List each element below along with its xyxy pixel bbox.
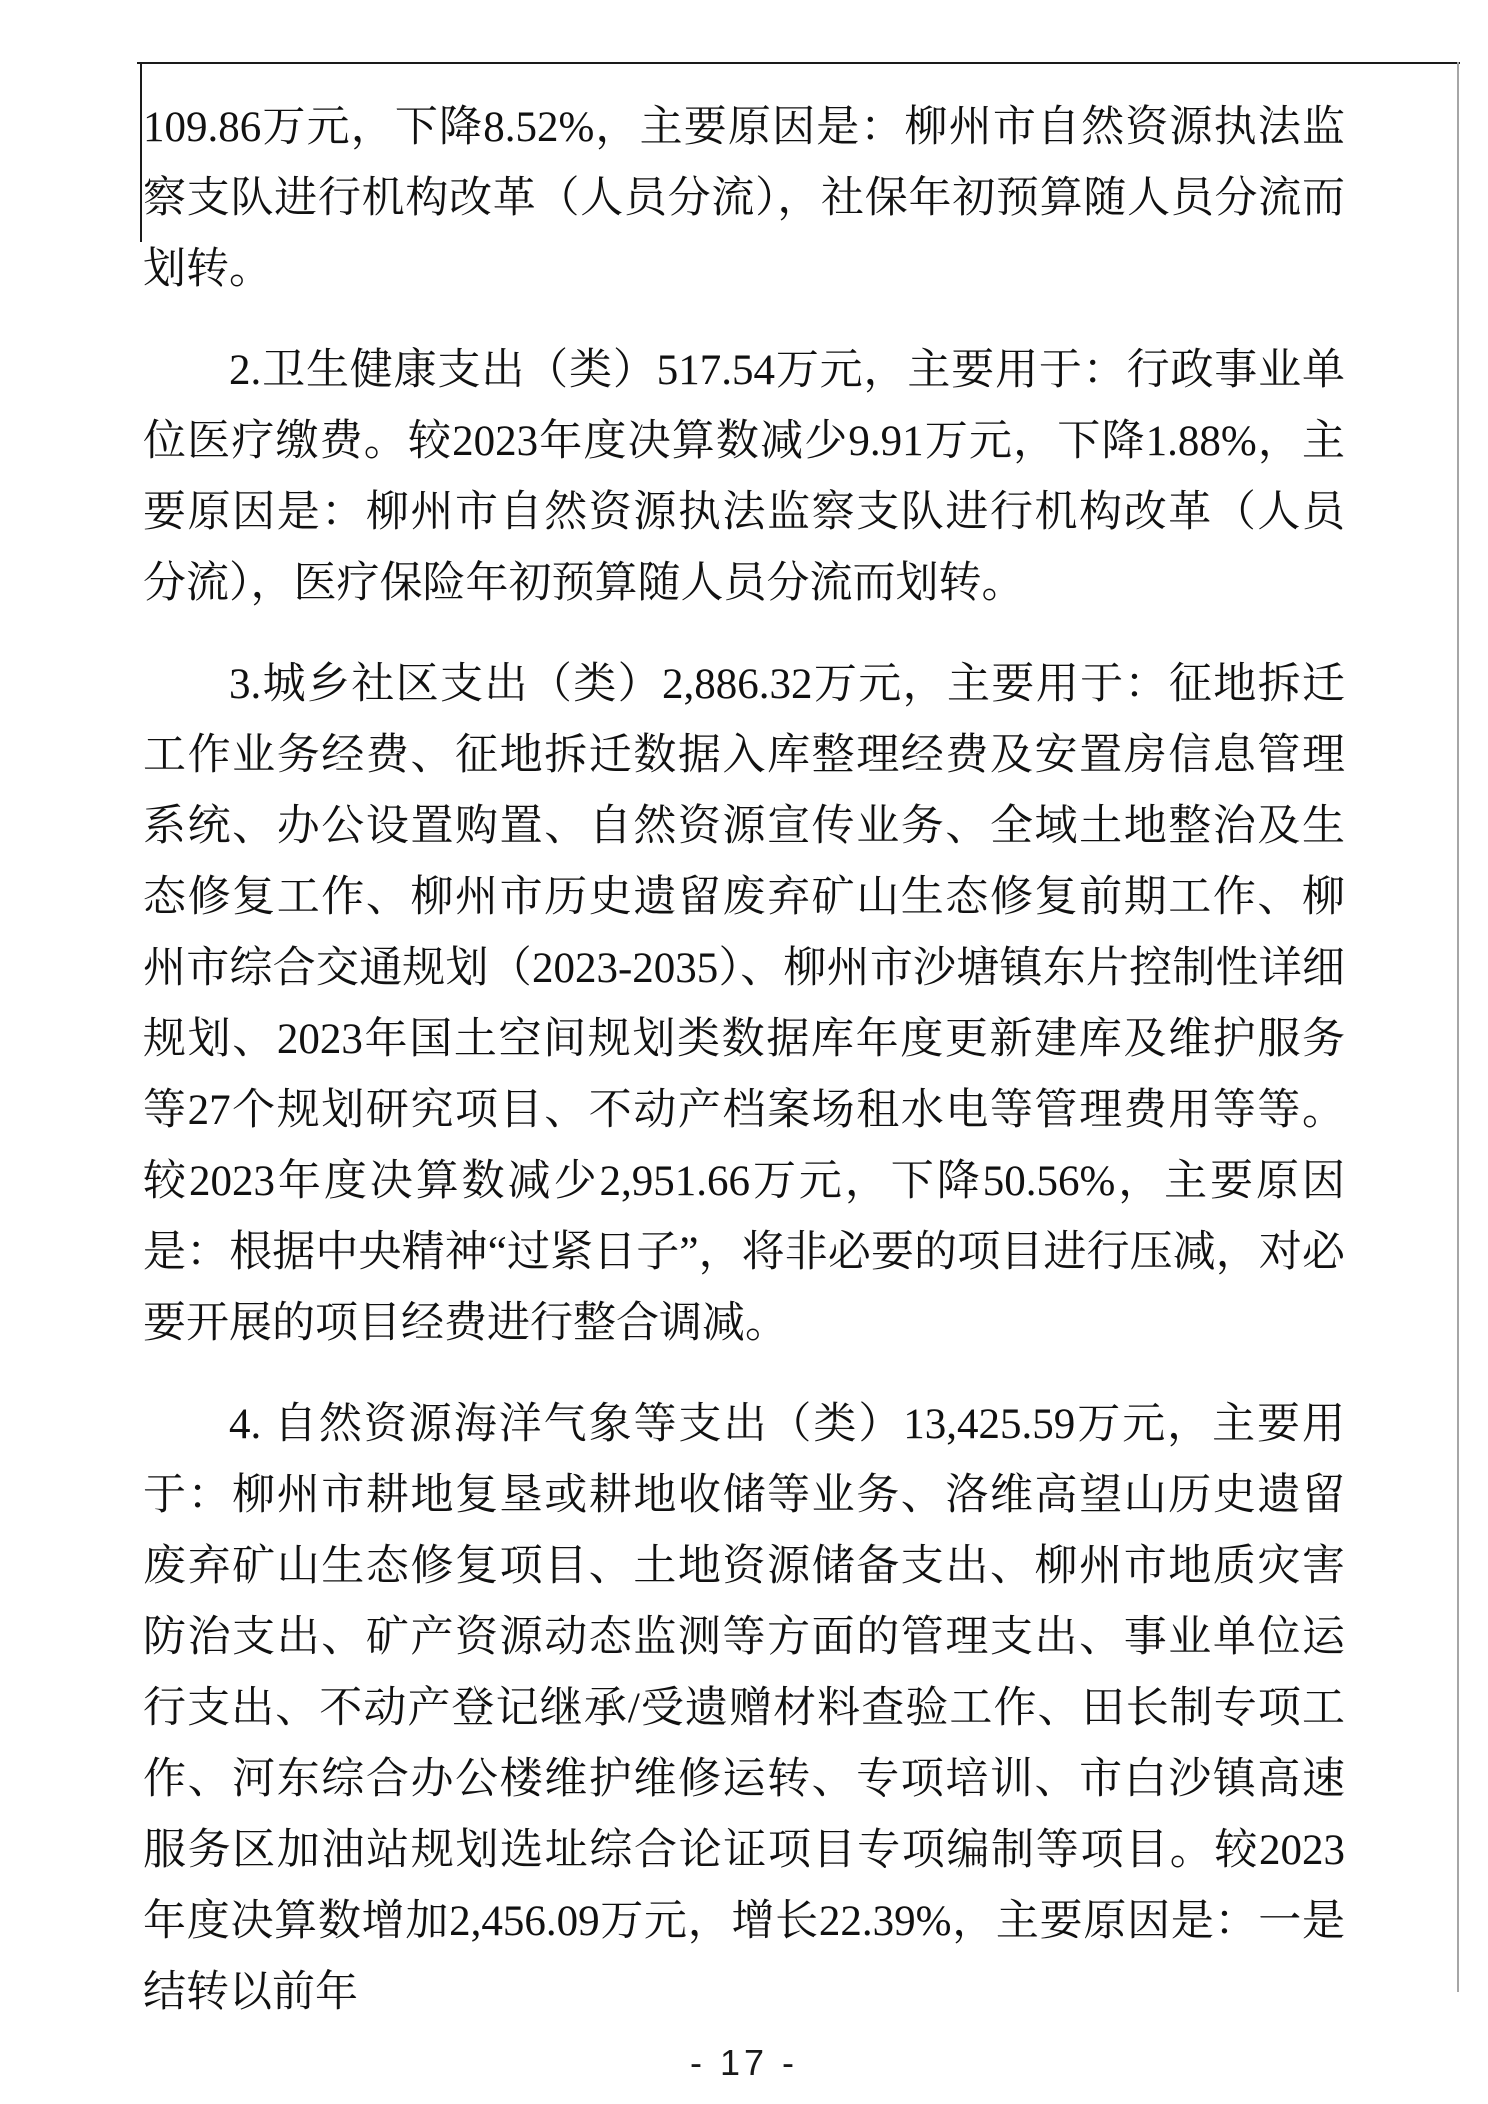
paragraph-natural-resources-expenditure: 4. 自然资源海洋气象等支出（类）13,425.59万元，主要用于：柳州市耕地复… <box>143 1389 1345 2028</box>
paragraph-urban-rural-community-expenditure: 3.城乡社区支出（类）2,886.32万元，主要用于：征地拆迁工作业务经费、征地… <box>143 649 1345 1359</box>
scan-edge-top-line <box>137 62 1460 64</box>
paragraph-social-security-continuation: 109.86万元，下降8.52%，主要原因是：柳州市自然资源执法监察支队进行机构… <box>143 92 1345 305</box>
paragraph-health-expenditure: 2.卫生健康支出（类）517.54万元，主要用于：行政事业单位医疗缴费。较202… <box>143 335 1345 619</box>
document-body: 109.86万元，下降8.52%，主要原因是：柳州市自然资源执法监察支队进行机构… <box>143 92 1345 2028</box>
page-number: - 17 - <box>0 2042 1488 2084</box>
document-page: 109.86万元，下降8.52%，主要原因是：柳州市自然资源执法监察支队进行机构… <box>0 0 1488 2104</box>
scan-edge-left-line <box>140 62 142 242</box>
scan-edge-right-line <box>1457 62 1459 1992</box>
